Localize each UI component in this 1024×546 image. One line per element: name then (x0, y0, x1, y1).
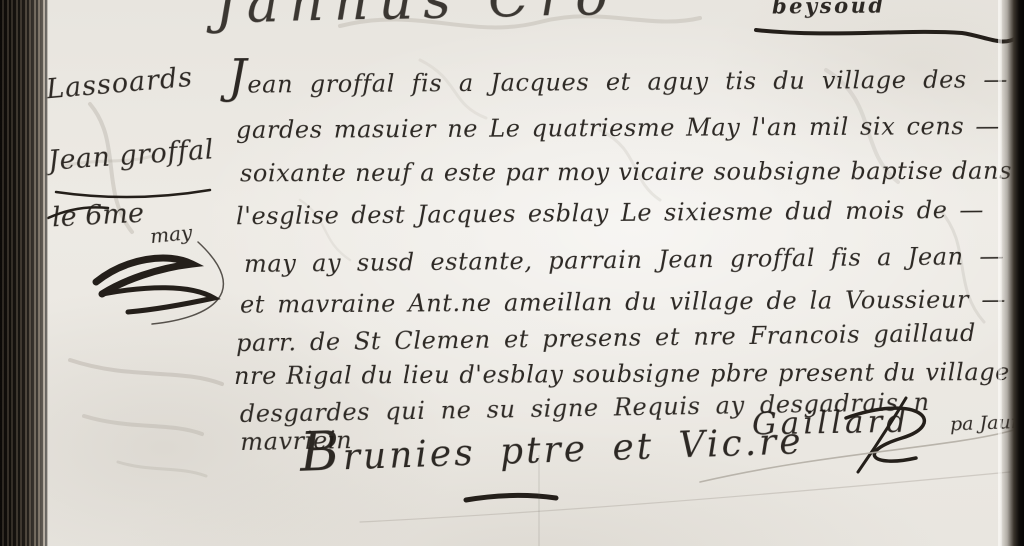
body-line-8: nre Rigal du lieu d'esblay soubsigne pbr… (234, 358, 1010, 390)
margin-note-date-month: may (149, 220, 193, 248)
corner-note: beysoud (772, 0, 886, 18)
body-line-4: l'esglise dest Jacques esblay Le sixiesm… (236, 196, 984, 231)
scan-edge-shadow (1000, 0, 1024, 546)
body-line-6: et mavraine Ant.ne ameillan du village d… (240, 285, 1006, 318)
margin-note-date-day: le 6me (51, 198, 144, 234)
margin-note-name: Jean groffal (47, 134, 215, 177)
body-line-7: parr. de St Clemen et presens et nre Fra… (236, 319, 976, 357)
book-binding-edge (0, 0, 48, 546)
margin-note-place: Lassoards (45, 62, 194, 106)
manuscript-page: Jannus Cro beysoud Lassoards Jean groffa… (0, 0, 1024, 546)
body-line-2: gardes masuier ne Le quatriesme May l'an… (236, 112, 1000, 144)
body-line-3: soixante neuf a este par moy vicaire sou… (240, 157, 1012, 188)
body-line-5: may ay susd estante, parrain Jean groffa… (244, 242, 1004, 278)
heading-fragment: Jannus Cro (214, 0, 618, 35)
paper-crease (538, 455, 540, 546)
body-line-1: Jean groffal fis a Jacques et aguy tis d… (228, 65, 1008, 98)
